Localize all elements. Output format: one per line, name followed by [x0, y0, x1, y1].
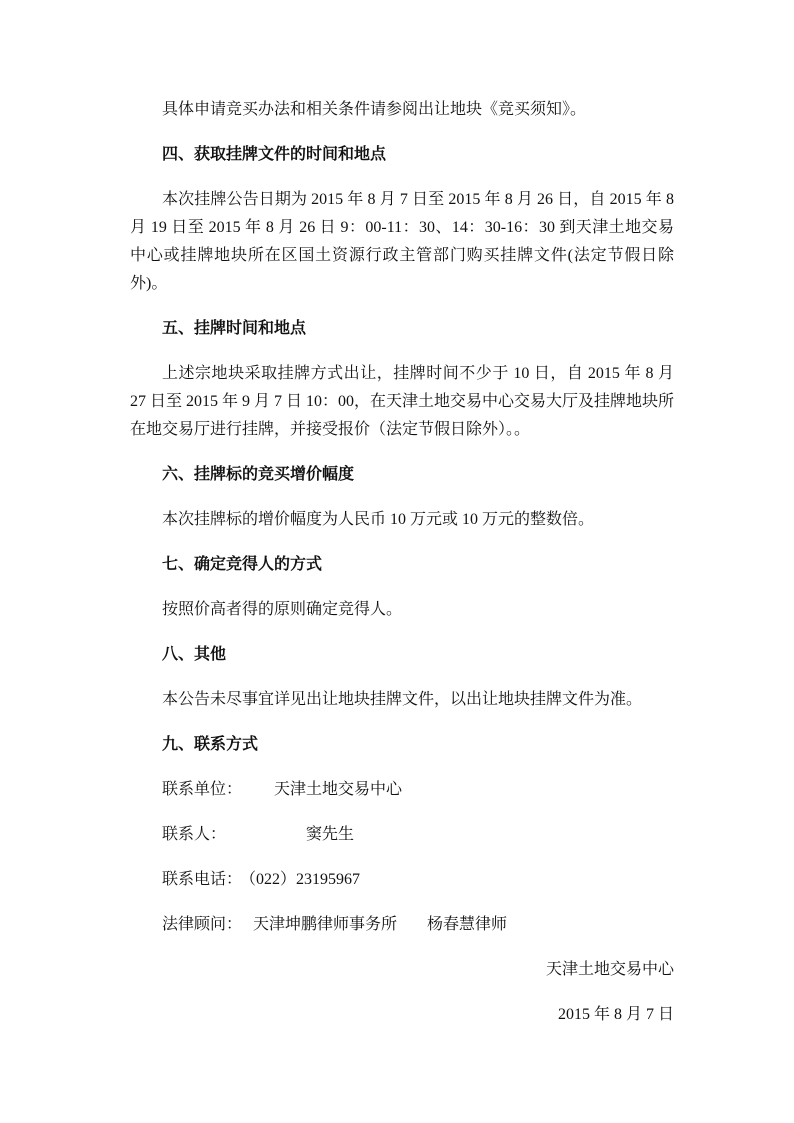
section-6-body: 本次挂牌标的增价幅度为人民币 10 万元或 10 万元的整数倍。 — [130, 506, 674, 534]
contact-unit-value: 天津土地交易中心 — [274, 781, 402, 798]
section-6-heading: 六、挂牌标的竞买增价幅度 — [130, 461, 674, 489]
section-9-heading: 九、联系方式 — [130, 731, 674, 759]
section-4-body: 本次挂牌公告日期为 2015 年 8 月 7 日至 2015 年 8 月 26 … — [130, 186, 674, 298]
contact-row-phone: 联系电话：（022）23195967 — [162, 866, 674, 894]
contact-person-label: 联系人： — [162, 821, 306, 849]
contact-legal-lawyer: 杨春慧律师 — [427, 916, 507, 933]
contact-unit-label: 联系单位： — [162, 776, 274, 804]
section-7-body: 按照价高者得的原则确定竞得人。 — [130, 596, 674, 624]
section-5-body: 上述宗地块采取挂牌方式出让，挂牌时间不少于 10 日，自 2015 年 8 月 … — [130, 360, 674, 444]
signature-org: 天津土地交易中心 — [130, 956, 674, 984]
contact-person-value: 窦先生 — [306, 826, 354, 843]
contact-legal-firm: 天津坤鹏律师事务所 — [253, 916, 397, 933]
contact-row-unit: 联系单位：天津土地交易中心 — [162, 776, 674, 804]
section-8-body: 本公告未尽事宜详见出让地块挂牌文件，以出让地块挂牌文件为准。 — [130, 686, 674, 714]
section-7-heading: 七、确定竞得人的方式 — [130, 551, 674, 579]
section-5-heading: 五、挂牌时间和地点 — [130, 315, 674, 343]
document-page: 具体申请竞买办法和相关条件请参阅出让地块《竞买须知》。 四、获取挂牌文件的时间和… — [0, 0, 794, 1123]
signature-date: 2015 年 8 月 7 日 — [130, 1001, 674, 1029]
contact-row-person: 联系人：窦先生 — [162, 821, 674, 849]
contact-legal-label: 法律顾问： — [162, 911, 253, 939]
section-4-heading: 四、获取挂牌文件的时间和地点 — [130, 141, 674, 169]
section-8-heading: 八、其他 — [130, 641, 674, 669]
contact-phone-label: 联系电话： — [162, 866, 240, 894]
contact-row-legal: 法律顾问：天津坤鹏律师事务所杨春慧律师 — [162, 911, 674, 939]
intro-paragraph: 具体申请竞买办法和相关条件请参阅出让地块《竞买须知》。 — [130, 96, 674, 124]
contact-phone-value: （022）23195967 — [240, 871, 360, 888]
